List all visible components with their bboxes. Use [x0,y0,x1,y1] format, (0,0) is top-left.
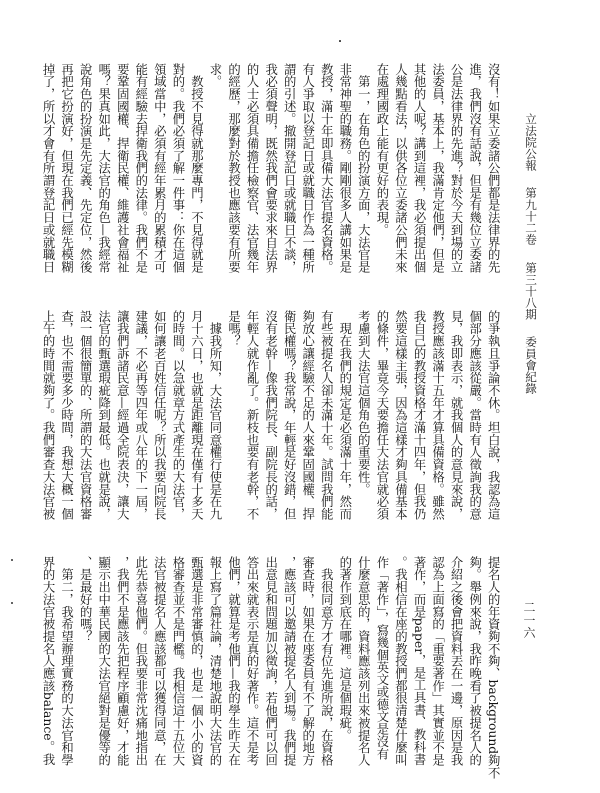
text-column: 。我相信在座的教授們都很清楚什麼叫 [391,556,410,770]
gazette-page: 立法院公報 第九十二卷 第三十八期 委員會紀錄 二一六 沒有！如果立委諸公們都是… [0,0,600,793]
text-column: 教授不見得就那麼專門，不見得就是 [187,63,206,277]
text-column: 的人士必須具備擔任檢察官、法官幾年 [243,63,262,277]
header-publication: 立法院公報 [525,113,537,171]
text-column: 的爭執且爭論不休。坦白說，我認為這 [484,310,503,524]
text-column: 什麼意思的，資料應該列出來被提名人 [354,556,373,770]
text-column: 領域當中，必須有經年累月的累積才可 [150,63,169,277]
text-column: ，我們不是應該先把程序顧慮好，才能 [113,556,132,770]
text-column: 顯示出中華民國的大法官絕對是優等的 [94,556,113,770]
text-column: 我自己的教授資格才滿十四年，但我仍 [409,310,428,524]
text-column: 教授應該滿十五年才算具備資格。雖然 [428,310,447,524]
text-column: 公是法律界的先進？對於今天到場的立 [447,63,466,277]
scan-speck [11,602,13,604]
text-column: 要鞏固國權、捍衛民權、維護社會福祉 [113,63,132,277]
header-issue: 第三十八期 [525,262,537,320]
text-column: 掉了，所以才會有所謂登記日或就職日 [39,63,58,277]
text-column: 他們，就算是考他們—我的學生昨天在 [224,556,243,770]
text-tier-3: 提名人的年資夠不夠、background夠不 夠。舉例來說，我昨晚看了被提名人的… [39,556,503,770]
text-column: 有些被提名人卻未滿十年。試問我們能 [317,310,336,524]
text-column: 個部分應該從嚴。當時有人徵詢我的意 [465,310,484,524]
text-column: 出意見和問題加以徵詢，若他們可以回 [261,556,280,770]
text-column: 據我所知，大法官同意權行使是在九 [205,310,224,524]
text-column: 沒有！如果立委諸公們都是法律界的先 [484,63,503,277]
text-tier-1: 沒有！如果立委諸公們都是法律界的先 進，我們沒有話說，但是有幾位立委諸 公是法律… [39,63,503,277]
text-column: 著作，而是paper，是工具書、教科書 [409,556,428,770]
text-column: 夠。舉例來說，我昨晚看了被提名人的 [465,556,484,770]
text-column: 有人爭取以登記日或就職日作為一種所 [298,63,317,277]
text-column: 提名人的年資夠不夠、background夠不 [484,556,503,770]
text-column: 沒有老幹—像我們院長、副院長的話， [261,310,280,524]
text-column: 能有經驗去捍衛我們的法律。我們不是 [131,63,150,277]
text-column: 其他的人呢？講到這裡，我必須提出個 [409,63,428,277]
text-column: 考慮到大法官這個角色的重要性。 [354,310,373,524]
text-column: 審查時，如果在座委員有不了解的地方 [298,556,317,770]
header-volume: 第九十二卷 [525,187,537,245]
text-column: 的條件，畢竟今天要擔任大法官就必須 [372,310,391,524]
text-column: 法官的甄選瑕疵降到最低。也就是說， [94,310,113,524]
text-column: 然要這樣主張，因為這樣才夠具備基本 [391,310,410,524]
text-column: 嗎？果真如此，大法官的角色—我經常 [94,63,113,277]
text-column: 月十六日，也就是距離現在僅有十多天 [187,310,206,524]
text-column: ，應該可以邀請被提名人到場。我們提 [280,556,299,770]
text-column: 教授，滿十年即具備大法官提名資格。 [317,63,336,277]
text-column: 的時間。以急就章方式產生的大法官， [168,310,187,524]
text-column: 格審查並不是門檻。我相信這十五位大 [168,556,187,770]
text-column: 建議，不必再等四年或八年的下一屆， [131,310,150,524]
text-column: 的經歷，那麼對於教授也應該要有所要 [224,63,243,277]
text-column: 第二，我希望辦理實務的大法官和學 [57,556,76,770]
text-tier-2: 的爭執且爭論不休。坦白說，我認為這 個部分應該從嚴。當時有人徵詢我的意 見，我即… [39,310,503,524]
header-section: 委員會紀錄 [525,336,537,394]
text-column: 說角色的扮演是先定義、先定位，然後 [76,63,95,277]
scan-speck [339,40,341,42]
text-column: 衛民權嗎？我常說，年輕是好沒錯，但 [280,310,299,524]
text-column: 設一個很簡單的、所謂的大法官資格審 [76,310,95,524]
text-column: 我很同意方才有位先進所說，在資格 [317,556,336,770]
text-column: 人幾點看法，以供各位立委諸公們未來 [391,63,410,277]
text-column: 現在我們的規定是必須滿十年，然而 [335,310,354,524]
text-column: 此先恭喜他們。但我要非常沈痛地指出 [131,556,150,770]
text-column: 是嗎？ [224,310,243,524]
text-column: 進，我們沒有話說，但是有幾位立委諸 [465,63,484,277]
text-column: 上午的時間就夠了。我們審查大法官被 [39,310,58,524]
text-column: 求。 [205,63,224,277]
text-column: 查，也不需要多少時間，我想大概一個 [57,310,76,524]
text-column: 見，我即表示，就我個人的意見來說， [447,310,466,524]
text-column: 、是最好的嗎？ [76,556,95,770]
text-column: 非常神聖的職務。剛剛很多人講如果是 [335,63,354,277]
text-column: 界的大法官被提名人應該balance。我 [39,556,58,770]
text-column: 再把它扮演好，但現在我們已經先模糊 [57,63,76,277]
scan-speck [11,559,13,561]
text-column: 法官被提名人應該都可以獲得同意，在 [150,556,169,770]
text-column: 如何讓老百姓信任呢？所以我要向院長 [150,310,169,524]
text-column: 的著作到底在哪裡。這是個瑕疵。 [335,556,354,770]
text-column: 在處理國政上能有更好的表現。 [372,63,391,277]
text-column: 我必須聲明，既然我們會要求來自法界 [261,63,280,277]
text-column: 介紹之後會把資料丟在一邊，原因是我 [447,556,466,770]
text-column: 法委員，基本上，我滿肯定他們，但是 [428,63,447,277]
text-column: 甄選是非常審慎的，也是一個小小的資 [187,556,206,770]
text-column: 認為上面寫的「重要著作」其實並不是 [428,556,447,770]
text-column: 對的。我們必須了解一件事：你在這個 [168,63,187,277]
page-number: 二一六 [522,601,535,639]
text-column: 謂的引述。撤開登記日或就職日不談， [280,63,299,277]
text-column: 答出來就表示是真的好著作。這不是考 [243,556,262,770]
text-column: 夠放心讓經驗不足的人來鞏固國權、捍 [298,310,317,524]
text-column: 第一，在角色的扮演方面，大法官是 [354,63,373,277]
text-column: 年輕人就作亂了。新枝也要有老幹，不 [243,310,262,524]
text-column: 讓我們訴諸民意—經過全院表決，讓大 [113,310,132,524]
text-column: 報上寫了篇社論，清楚地說明大法官的 [205,556,224,770]
text-column: 作「著作」，寫幾個英文或德文是沒有 [372,556,391,770]
